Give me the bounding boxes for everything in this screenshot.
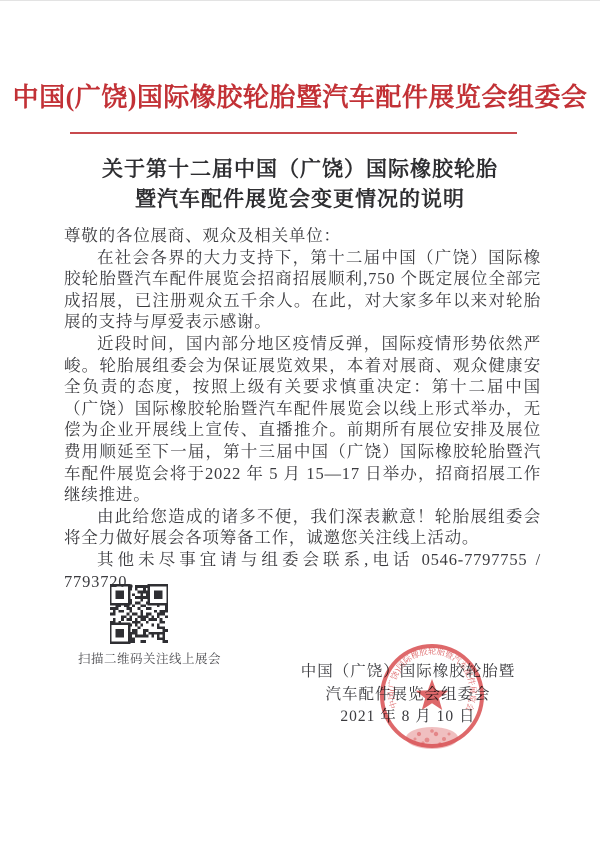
- paragraph: 在社会各界的大力支持下，第十二届中国（广饶）国际橡胶轮胎暨汽车配件展览会招商招展…: [64, 247, 541, 333]
- document-title-line1: 关于第十二届中国（广饶）国际橡胶轮胎: [0, 154, 600, 184]
- document-page: 中国(广饶)国际橡胶轮胎暨汽车配件展览会组委会 关于第十二届中国（广饶）国际橡胶…: [0, 1, 600, 849]
- document-title: 关于第十二届中国（广饶）国际橡胶轮胎 暨汽车配件展览会变更情况的说明: [0, 154, 600, 214]
- qr-caption: 扫描二维码关注线上展会: [78, 649, 204, 667]
- document-body: 尊敬的各位展商、观众及相关单位： 在社会各界的大力支持下，第十二届中国（广饶）国…: [64, 225, 541, 592]
- signature-line1: 中国（广饶）国际橡胶轮胎暨: [293, 661, 523, 684]
- signature-block: 中国（广饶）国际橡胶轮胎暨 汽车配件展览会组委会 2021 年 8 月 10 日: [293, 661, 523, 729]
- qr-code: [110, 584, 168, 644]
- qr-code-image: [110, 584, 168, 644]
- seal-ink-smudge: [406, 727, 458, 749]
- header-divider: [70, 132, 517, 134]
- signature-line2: 汽车配件展览会组委会: [293, 684, 523, 707]
- signature-date: 2021 年 8 月 10 日: [293, 706, 523, 729]
- document-title-line2: 暨汽车配件展览会变更情况的说明: [0, 184, 600, 214]
- paragraph: 由此给您造成的诸多不便，我们深表歉意！轮胎展组委会将全力做好展会各项筹备工作，诚…: [64, 506, 541, 549]
- salutation: 尊敬的各位展商、观众及相关单位：: [64, 225, 541, 247]
- paragraph: 近段时间，国内部分地区疫情反弹，国际疫情形势依然严峻。轮胎展组委会为保证展览效果…: [64, 333, 541, 506]
- organizer-header: 中国(广饶)国际橡胶轮胎暨汽车配件展览会组委会: [0, 77, 600, 114]
